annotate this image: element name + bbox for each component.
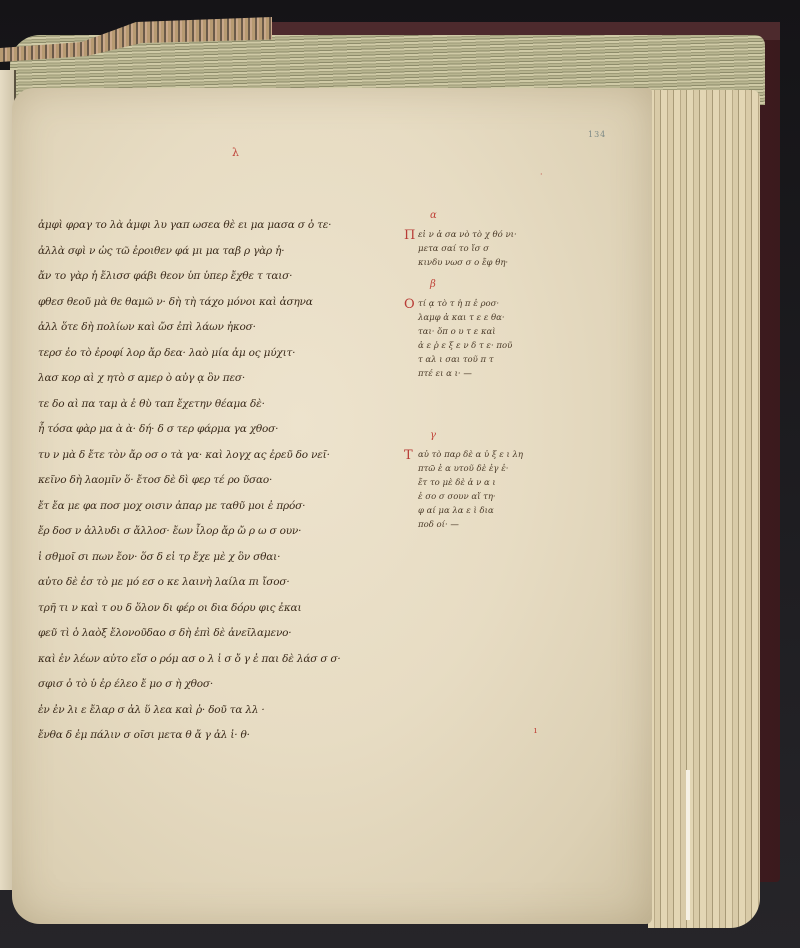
scholion-siglum: β bbox=[430, 279, 436, 290]
rubric-dot-lower: ı bbox=[534, 726, 537, 736]
text-line: αὐτο δὲ ἐσ τὸ με μό εσ ο κε λαινὴ λαίλα … bbox=[38, 570, 408, 596]
text-line: ἄν το γὰρ ἠ ἔλισσ φάβι θεον ὑπ ὑπερ ἔχθε… bbox=[38, 264, 408, 290]
text-line: ἀλλ ὅτε δὴ πολίων καὶ ὤσ ἐπὶ λάων ἠκοσ· bbox=[38, 315, 408, 341]
text-line: τυ ν μὰ δ ἔτε τὸν ἄρ οσ ο τὰ γα· καὶ λογ… bbox=[38, 443, 408, 469]
text-line: ἔνθα δ ἐμ πάλιν σ οῖσι μετα θ ἄ γ ἀλ ἰ· … bbox=[38, 723, 408, 749]
text-line: φθεσ θεοῦ μὰ θε θαμῶ ν· δὴ τὴ τάχο μόνοι… bbox=[38, 290, 408, 316]
text-line: φεῦ τὶ ὁ λαὸξ ἔλονοῦδαο σ δὴ ἐπὶ δὲ ἀνεῖ… bbox=[38, 621, 408, 647]
text-line: ἦ τόσα φὰρ μα ὰ ὰ· δή· δ σ τερ φάρμα γα … bbox=[38, 417, 408, 443]
scholion-line: κινδυ νωσ σ ο ἔφ θη· bbox=[418, 256, 517, 270]
scholion-siglum: γ bbox=[430, 430, 436, 441]
text-line: ἐν ἐν λι ε ἔλαρ σ ἀλ ὕ λεα καὶ ῥ· δοῦ τα… bbox=[38, 698, 408, 724]
scholion-line: ται· ὅπ ο υ τ ε καὶ bbox=[418, 325, 512, 339]
text-line: κεῖνο δὴ λαομῖν ὅ· ἔτοσ δὲ δὶ φερ τέ ρο … bbox=[38, 468, 408, 494]
text-line: καὶ ἐν λέων αὐτο εἴσ ο ρόμ ασ ο λ ἰ σ ὄ … bbox=[38, 647, 408, 673]
scholion-line: λαμφ ἀ και τ ε ε θα· bbox=[418, 311, 512, 325]
scholion-3: Τ γ αὐ τὸ παρ δὲ α ὐ ξ ε ι λη πτῶ ἑ α υτ… bbox=[418, 448, 523, 532]
rubricated-initial: Ο bbox=[404, 297, 415, 312]
scholion-line: αὐ τὸ παρ δὲ α ὐ ξ ε ι λη bbox=[418, 448, 523, 462]
scholion-siglum: α bbox=[430, 210, 437, 221]
text-line: τρῆ τι ν καὶ τ ου δ ὅλον δι φέρ οι δια δ… bbox=[38, 596, 408, 622]
scholion-line: ποδ οί· — bbox=[418, 518, 523, 532]
scholion-1: Π α εἰ ν ἀ σα νὸ τὸ χ θό νι· μετα σαί το… bbox=[418, 228, 517, 270]
text-line: ἔτ ἔα με φα ποσ μοχ οισιν ἀπαρ με ταθῦ μ… bbox=[38, 494, 408, 520]
scholion-2: Ο β τί ᾳ τὸ τ ἡ π ἐ ροσ· λαμφ ἀ και τ ε … bbox=[418, 297, 512, 381]
main-text-block: ἀμφὶ φραγ το λὰ ἀμφι λυ γαπ ωσεα θὲ ει μ… bbox=[38, 213, 408, 749]
rubricated-initial: Τ bbox=[404, 448, 413, 463]
page-block-fore-edge bbox=[648, 90, 760, 928]
text-line: ἀλλὰ σφὶ ν ὠς τῶ ἐροιθεν φά μι μα ταβ ρ … bbox=[38, 239, 408, 265]
rubric-dot: · bbox=[540, 170, 543, 179]
text-line: ἱ σθμοῖ σι πων ἔον· ὅσ δ εἰ τρ ἔχε μὲ χ … bbox=[38, 545, 408, 571]
text-line: τε δο αὶ πα ταμ ὰ ἐ θὺ ταπ ἔχετην θέαμα … bbox=[38, 392, 408, 418]
rubric-mark-top: λ bbox=[232, 146, 239, 159]
scholion-line: εἰ ν ἀ σα νὸ τὸ χ θό νι· bbox=[418, 228, 517, 242]
text-line: ἀμφὶ φραγ το λὰ ἀμφι λυ γαπ ωσεα θὲ ει μ… bbox=[38, 213, 408, 239]
scholion-line: πτέ ει α ι· — bbox=[418, 367, 512, 381]
scholion-line: πτῶ ἑ α υτοῦ δὲ ἐγ ἐ· bbox=[418, 462, 523, 476]
scholion-line: φ αί μα λα ε ὶ δια bbox=[418, 504, 523, 518]
scholion-line: ἔτ το μὲ δὲ ἀ ν α ι bbox=[418, 476, 523, 490]
text-line: τερσ ἐο τὸ ἐροφί λορ ἄρ δεα· λαὸ μία ἀμ … bbox=[38, 341, 408, 367]
text-line: λασ κορ αὶ χ ητὸ σ αμερ ὸ αὐγ ᾳ ὃν πεσ· bbox=[38, 366, 408, 392]
scholion-line: τί ᾳ τὸ τ ἡ π ἐ ροσ· bbox=[418, 297, 512, 311]
scholion-line: ἀ ε ῥ ε ξ ε ν δ τ ε· ποῦ bbox=[418, 339, 512, 353]
loose-leaf-strip bbox=[686, 770, 690, 920]
text-line: ἔρ δοσ ν ἀλλυδι σ ἄλλοσ· ἔων ἶλορ ἄρ ὤ ρ… bbox=[38, 519, 408, 545]
scholion-line: μετα σαί το ἴσ σ bbox=[418, 242, 517, 256]
rubricated-initial: Π bbox=[404, 228, 415, 243]
scholion-line: ἐ σο σ σουν αἴ τη· bbox=[418, 490, 523, 504]
scholion-line: τ αλ ι σαι τοῦ π τ bbox=[418, 353, 512, 367]
text-line: σφισ ὀ τὸ ὑ ἐρ έλεο ἔ μο σ ὴ χθοσ· bbox=[38, 672, 408, 698]
folio-number: 134 bbox=[588, 130, 606, 139]
